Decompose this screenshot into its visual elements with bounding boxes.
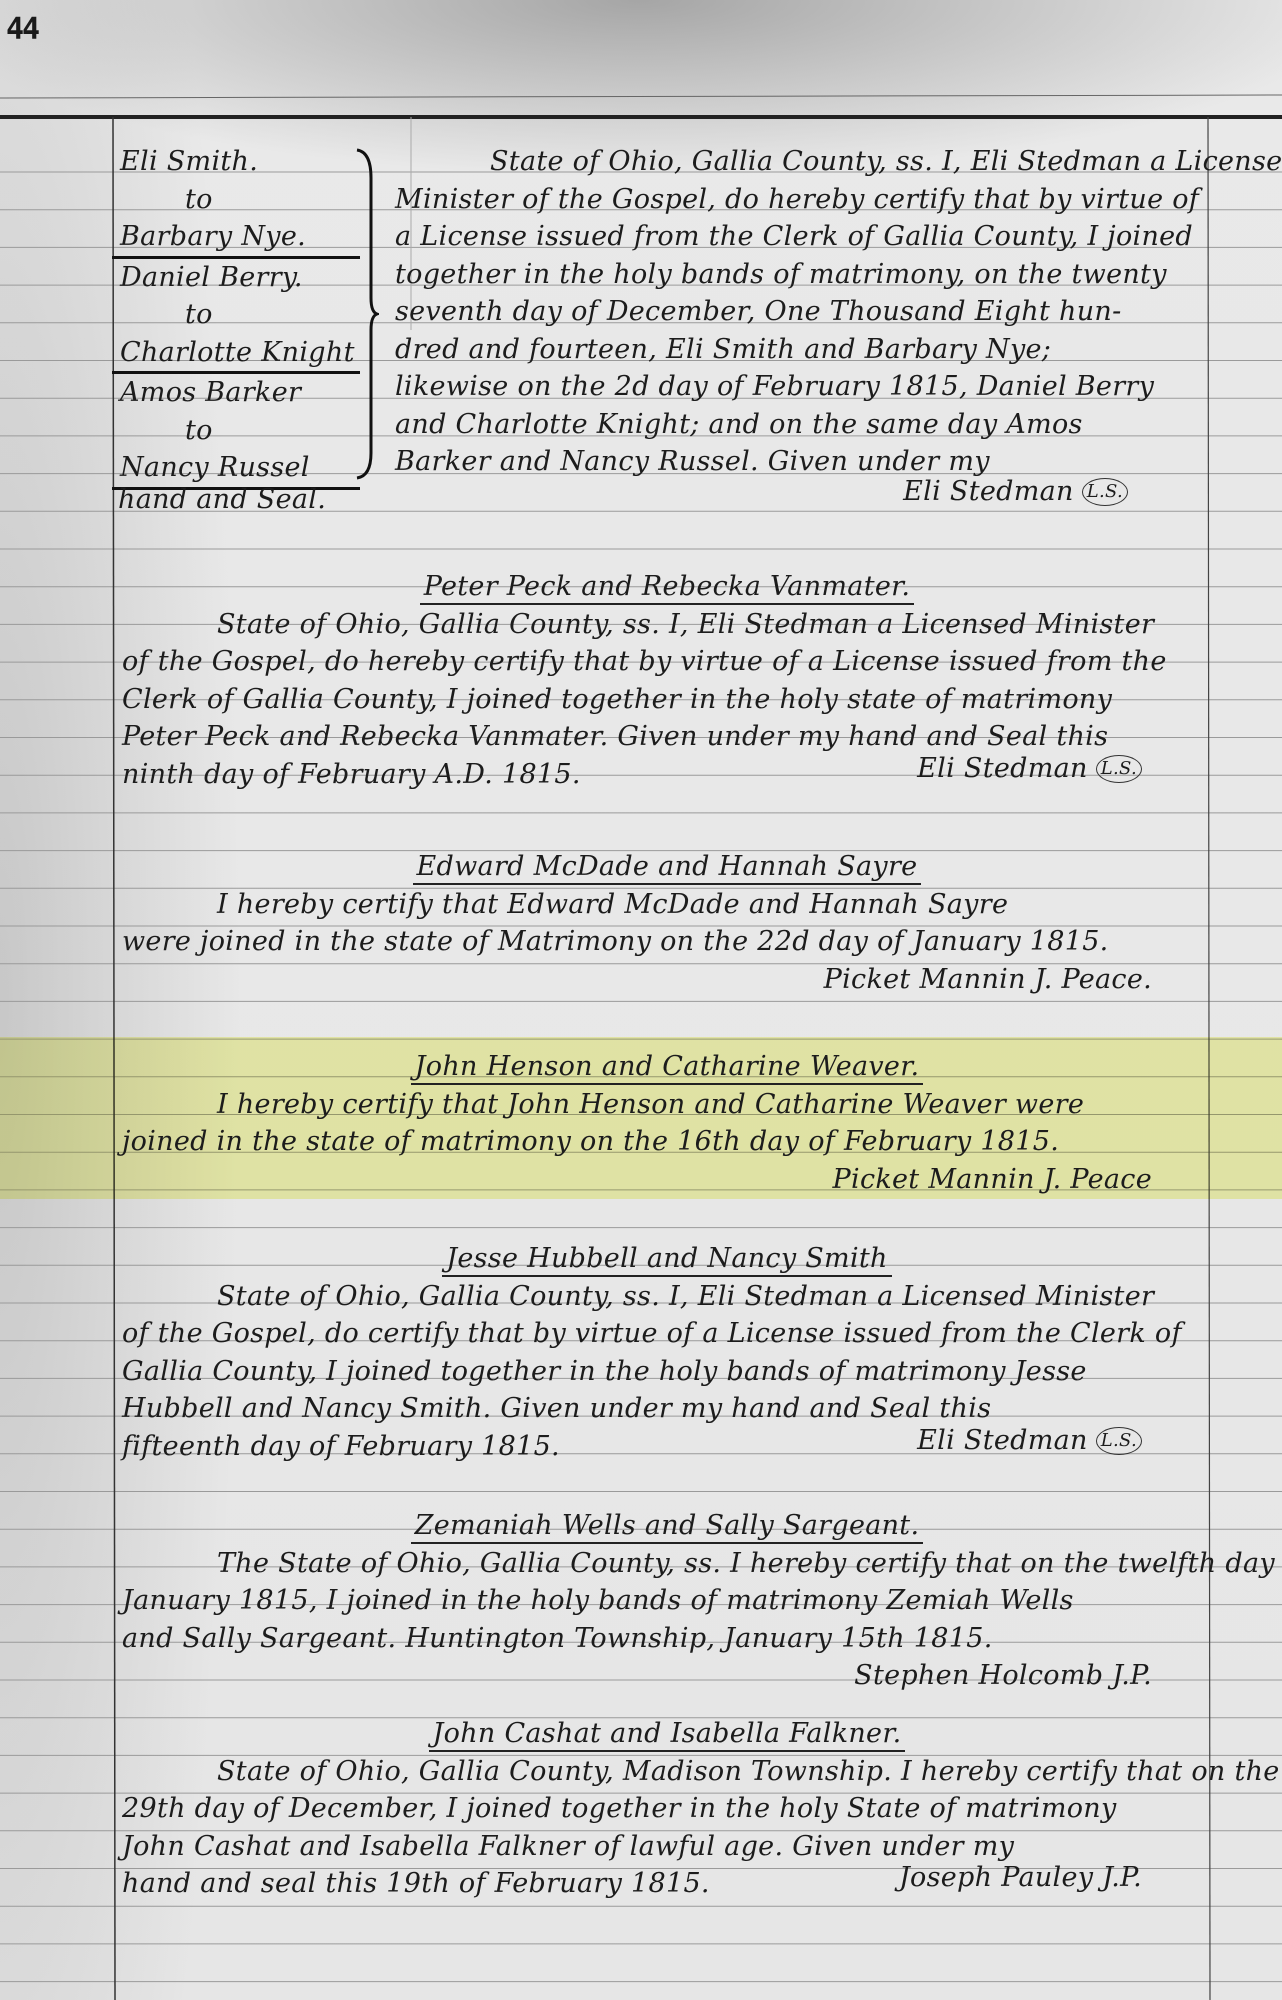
entry-last-line: hand and seal this 19th of February 1815… bbox=[122, 1865, 1212, 1903]
signature-line: Picket Mannin J. Peace bbox=[122, 1161, 1212, 1199]
seal-mark: L.S. bbox=[1096, 1427, 1142, 1455]
entry-title-text: Jesse Hubbell and Nancy Smith bbox=[442, 1243, 892, 1277]
entry-text-line: State of Ohio, Gallia County, Madison To… bbox=[122, 1753, 1212, 1791]
entry-last-text: ninth day of February A.D. 1815. bbox=[122, 759, 581, 790]
entry-text-line: State of Ohio, Gallia County, ss. I, Eli… bbox=[122, 606, 1212, 644]
entry-text-line: Gallia County, I joined together in the … bbox=[122, 1353, 1212, 1391]
entry-title-text: Edward McDade and Hannah Sayre bbox=[413, 851, 922, 885]
signature-line: Stephen Holcomb J.P. bbox=[122, 1657, 1212, 1695]
index-name: to bbox=[120, 412, 360, 450]
entry-text-line: January 1815, I joined in the holy bands… bbox=[122, 1582, 1212, 1620]
index-name: Daniel Berry. bbox=[120, 259, 360, 297]
signature: Picket Mannin J. Peace bbox=[833, 1164, 1152, 1195]
entry-text-line: State of Ohio, Gallia County, ss. I, Eli… bbox=[122, 1278, 1212, 1316]
entry-text-line: Clerk of Gallia County, I joined togethe… bbox=[122, 681, 1212, 719]
entry-text-line: dred and fourteen, Eli Smith and Barbary… bbox=[395, 331, 1205, 369]
signature-line: Picket Mannin J. Peace. bbox=[122, 961, 1212, 999]
entry-text-line: together in the holy bands of matrimony,… bbox=[395, 256, 1205, 294]
entry-text-line: 29th day of December, I joined together … bbox=[122, 1790, 1212, 1828]
entry-jesse-hubbell-and-nancy-smith: Jesse Hubbell and Nancy SmithState of Oh… bbox=[122, 1240, 1212, 1465]
signature: Joseph Pauley J.P. bbox=[899, 1859, 1142, 1897]
signature: Picket Mannin J. Peace. bbox=[824, 964, 1152, 995]
seal-mark: L.S. bbox=[1096, 755, 1142, 783]
entry-closing-line: hand and Seal.Eli StedmanL.S. bbox=[118, 481, 1208, 519]
entry-edward-mcdade-and-hannah-sayre: Edward McDade and Hannah SayreI hereby c… bbox=[122, 848, 1212, 998]
entry-text-line: I hereby certify that Edward McDade and … bbox=[122, 886, 1212, 924]
entry-zemaniah-wells-and-sally-sargeant: Zemaniah Wells and Sally Sargeant.The St… bbox=[122, 1507, 1212, 1695]
entry-title: John Cashat and Isabella Falkner. bbox=[122, 1715, 1212, 1753]
index-name: Charlotte Knight bbox=[112, 334, 360, 375]
signature: Stephen Holcomb J.P. bbox=[854, 1660, 1152, 1691]
signature: Eli StedmanL.S. bbox=[903, 473, 1128, 511]
entry-closing-text: hand and Seal. bbox=[118, 484, 326, 515]
entry-text-line: were joined in the state of Matrimony on… bbox=[122, 923, 1212, 961]
entry-last-text: fifteenth day of February 1815. bbox=[122, 1431, 560, 1462]
entry-smith-nye-berry-knight-barker-russel: State of Ohio, Gallia County, ss. I, Eli… bbox=[395, 143, 1205, 481]
entry-text-line: Minister of the Gospel, do hereby certif… bbox=[395, 181, 1205, 219]
entry-text-line: The State of Ohio, Gallia County, ss. I … bbox=[122, 1545, 1212, 1583]
entry-text-line: seventh day of December, One Thousand Ei… bbox=[395, 293, 1205, 331]
entry-text-line: joined in the state of matrimony on the … bbox=[122, 1123, 1212, 1161]
entry-peter-peck-and-rebecka-vanmater: Peter Peck and Rebecka Vanmater.State of… bbox=[122, 568, 1212, 793]
entry-text-line: and Sally Sargeant. Huntington Township,… bbox=[122, 1620, 1212, 1658]
entry-john-cashat-and-isabella-falkner: John Cashat and Isabella Falkner.State o… bbox=[122, 1715, 1212, 1903]
index-name: Amos Barker bbox=[120, 374, 360, 412]
brace-icon bbox=[355, 148, 379, 480]
register-page: 44 Eli Smith.toBarbary Nye.Daniel Berry.… bbox=[0, 0, 1282, 2000]
index-column: Eli Smith.toBarbary Nye.Daniel Berry.toC… bbox=[120, 143, 360, 490]
signature: Eli StedmanL.S. bbox=[917, 1422, 1142, 1460]
entry-title: Jesse Hubbell and Nancy Smith bbox=[122, 1240, 1212, 1278]
entry-text-line: of the Gospel, do hereby certify that by… bbox=[122, 643, 1212, 681]
entry-text-line: I hereby certify that John Henson and Ca… bbox=[122, 1086, 1212, 1124]
index-name: Eli Smith. bbox=[120, 143, 360, 181]
page-number: 44 bbox=[6, 12, 38, 47]
index-name: Barbary Nye. bbox=[112, 218, 360, 259]
entry-text-line: of the Gospel, do certify that by virtue… bbox=[122, 1315, 1212, 1353]
entry-text-line: and Charlotte Knight; and on the same da… bbox=[395, 406, 1205, 444]
entry-last-line: fifteenth day of February 1815.Eli Stedm… bbox=[122, 1428, 1212, 1466]
entry-title-text: John Cashat and Isabella Falkner. bbox=[429, 1718, 906, 1752]
entry-text-line: State of Ohio, Gallia County, ss. I, Eli… bbox=[395, 143, 1205, 181]
entry-last-text: hand and seal this 19th of February 1815… bbox=[122, 1868, 710, 1899]
entry-title: John Henson and Catharine Weaver. bbox=[122, 1048, 1212, 1086]
entry-text-line: likewise on the 2d day of February 1815,… bbox=[395, 368, 1205, 406]
entry-last-line: ninth day of February A.D. 1815.Eli Sted… bbox=[122, 756, 1212, 794]
index-name: to bbox=[120, 181, 360, 219]
entry-title-text: Peter Peck and Rebecka Vanmater. bbox=[420, 571, 915, 605]
entry-title: Edward McDade and Hannah Sayre bbox=[122, 848, 1212, 886]
entry-title: Peter Peck and Rebecka Vanmater. bbox=[122, 568, 1212, 606]
entry-text-line: a License issued from the Clerk of Galli… bbox=[395, 218, 1205, 256]
seal-mark: L.S. bbox=[1082, 478, 1128, 506]
signature: Eli StedmanL.S. bbox=[917, 750, 1142, 788]
entry-title-text: John Henson and Catharine Weaver. bbox=[411, 1051, 924, 1085]
index-name: to bbox=[120, 296, 360, 334]
entry-john-henson-and-catharine-weaver: John Henson and Catharine Weaver.I hereb… bbox=[122, 1048, 1212, 1198]
entry-title-text: Zemaniah Wells and Sally Sargeant. bbox=[411, 1510, 924, 1544]
entry-title: Zemaniah Wells and Sally Sargeant. bbox=[122, 1507, 1212, 1545]
